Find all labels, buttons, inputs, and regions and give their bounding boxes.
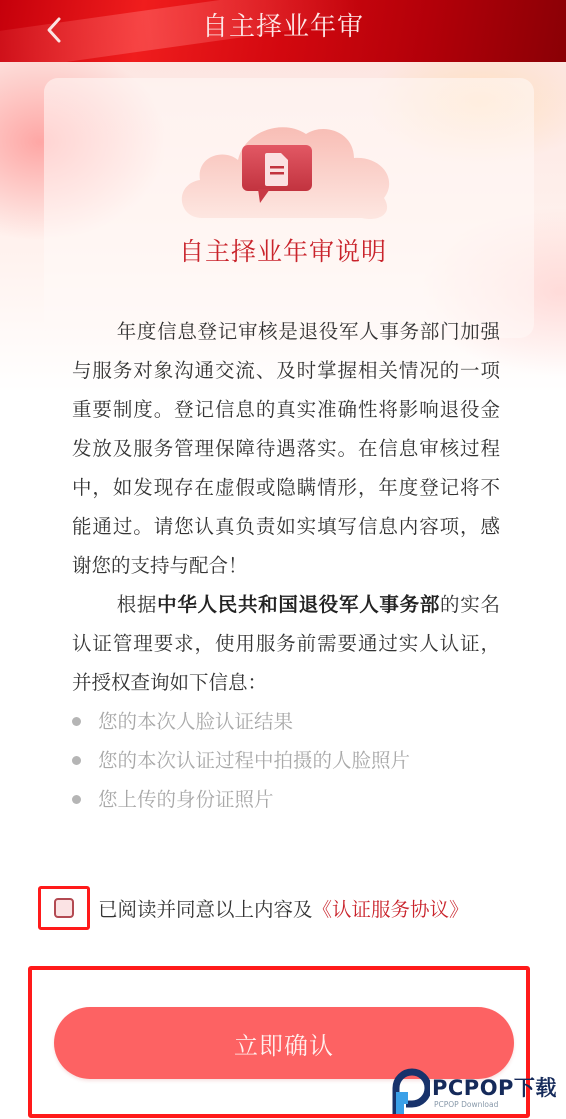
section-title: 自主择业年审说明	[0, 232, 566, 268]
description-content: 年度信息登记审核是退役军人事务部门加强与服务对象沟通交流、及时掌握相关情况的一项…	[72, 312, 500, 819]
auth-paragraph: 根据中华人民共和国退役军人事务部的实名认证管理要求，使用服务前需要通过实人认证，…	[72, 585, 500, 702]
agreement-checkbox-highlight[interactable]	[38, 886, 90, 930]
agreement-checkbox[interactable]	[54, 898, 74, 918]
bullet-icon	[72, 795, 81, 804]
pcpop-logo-icon	[390, 1068, 430, 1116]
list-item: 您的本次人脸认证结果	[72, 702, 500, 741]
agreement-text: 已阅读并同意以上内容及	[98, 894, 313, 922]
bullet-icon	[72, 717, 81, 726]
page-title: 自主择业年审	[0, 0, 566, 62]
authorized-info-list: 您的本次人脸认证结果 您的本次认证过程中拍摄的人脸照片 您上传的身份证照片	[72, 702, 500, 819]
list-item: 您的本次认证过程中拍摄的人脸照片	[72, 741, 500, 780]
list-item: 您上传的身份证照片	[72, 780, 500, 819]
bullet-icon	[72, 756, 81, 765]
ministry-name: 中华人民共和国退役军人事务部	[157, 593, 440, 616]
watermark-subtitle: PCPOP Download	[434, 1100, 498, 1109]
intro-paragraph: 年度信息登记审核是退役军人事务部门加强与服务对象沟通交流、及时掌握相关情况的一项…	[72, 312, 500, 585]
nav-header: 自主择业年审	[0, 0, 566, 62]
document-chat-icon	[240, 143, 314, 207]
watermark-brand: PCPOP下载	[432, 1072, 557, 1102]
watermark: PCPOP下载 PCPOP Download	[390, 1068, 566, 1119]
agreement-row: 已阅读并同意以上内容及 《认证服务协议》	[38, 886, 469, 930]
service-agreement-link[interactable]: 《认证服务协议》	[313, 894, 469, 922]
